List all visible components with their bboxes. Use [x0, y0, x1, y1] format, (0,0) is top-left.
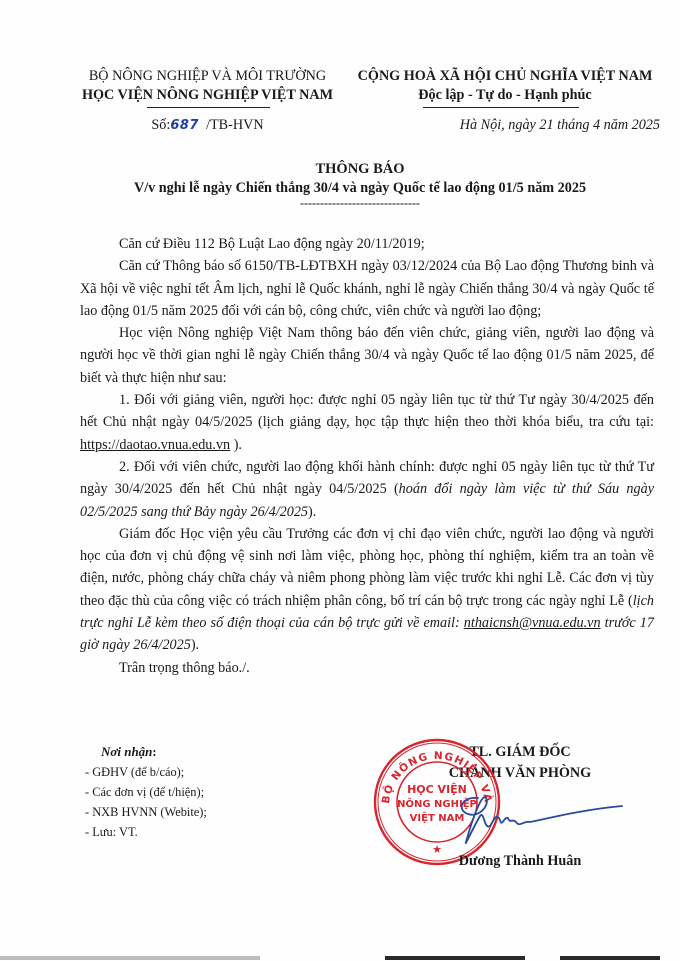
- document-body: Căn cứ Điều 112 Bộ Luật Lao động ngày 20…: [80, 233, 654, 679]
- national-motto: Độc lập - Tự do - Hạnh phúc: [345, 86, 665, 105]
- recipient-item: - Các đơn vị (để t/hiện);: [85, 782, 207, 802]
- recipient-item: - NXB HVNN (Webite);: [85, 802, 207, 822]
- document-number-handwritten: 687: [170, 118, 199, 133]
- institution-name: HỌC VIỆN NÔNG NGHIỆP VIỆT NAM: [60, 86, 355, 105]
- place-date: Hà Nội, ngày 21 tháng 4 năm 2025: [420, 117, 660, 134]
- recipients-colon: :: [152, 745, 156, 759]
- contact-email-link[interactable]: nthaicnsh@vnua.edu.vn: [464, 615, 601, 631]
- document-number-suffix: /TB-HVN: [206, 117, 264, 133]
- recipients-block: Nơi nhận: - GĐHV (để b/cáo); - Các đơn v…: [85, 742, 207, 842]
- handwritten-signature-icon: [450, 790, 625, 850]
- closing-line: Trân trọng thông báo./.: [80, 657, 654, 679]
- national-title-block: CỘNG HOÀ XÃ HỘI CHỦ NGHĨA VIỆT NAM Độc l…: [345, 67, 665, 105]
- announcement-intro: Học viện Nông nghiệp Việt Nam thông báo …: [80, 322, 654, 389]
- item-1-end: ).: [230, 437, 242, 453]
- item-1-text: 1. Đối với giảng viên, người học: được n…: [80, 392, 654, 430]
- scan-edge-decoration: [0, 952, 680, 961]
- institution-underline: [147, 107, 270, 108]
- signer-name: Dương Thành Huân: [400, 853, 640, 870]
- legal-basis-1: Căn cứ Điều 112 Bộ Luật Lao động ngày 20…: [80, 233, 654, 255]
- document-number-prefix: Số:: [151, 117, 170, 133]
- document-subject: V/v nghỉ lễ ngày Chiến thắng 30/4 và ngà…: [60, 180, 660, 197]
- item-staff: 2. Đối với viên chức, người lao động khố…: [80, 456, 654, 523]
- item-lecturers-students: 1. Đối với giảng viên, người học: được n…: [80, 389, 654, 456]
- request-end: ).: [191, 637, 199, 653]
- document-number: Số:687 /TB-HVN: [60, 117, 355, 134]
- recipient-item: - Lưu: VT.: [85, 822, 207, 842]
- ministry-name: BỘ NÔNG NGHIỆP VÀ MÔI TRƯỜNG: [60, 67, 355, 86]
- training-portal-link[interactable]: https://daotao.vnua.edu.vn: [80, 437, 230, 453]
- request-text: Giám đốc Học viện yêu cầu Trưởng các đơn…: [80, 526, 654, 609]
- country-name: CỘNG HOÀ XÃ HỘI CHỦ NGHĨA VIỆT NAM: [345, 67, 665, 86]
- issuer-block: BỘ NÔNG NGHIỆP VÀ MÔI TRƯỜNG HỌC VIỆN NÔ…: [60, 67, 355, 105]
- recipients-label: Nơi nhận: [101, 744, 152, 759]
- recipient-item: - GĐHV (để b/cáo);: [85, 762, 207, 782]
- document-title: THÔNG BÁO: [60, 161, 660, 178]
- director-request: Giám đốc Học viện yêu cầu Trưởng các đơn…: [80, 523, 654, 657]
- title-separator: ------------------------------: [60, 196, 660, 211]
- item-2-end: ).: [308, 504, 316, 520]
- motto-underline: [423, 107, 579, 108]
- legal-basis-2: Căn cứ Thông báo số 6150/TB-LĐTBXH ngày …: [80, 255, 654, 322]
